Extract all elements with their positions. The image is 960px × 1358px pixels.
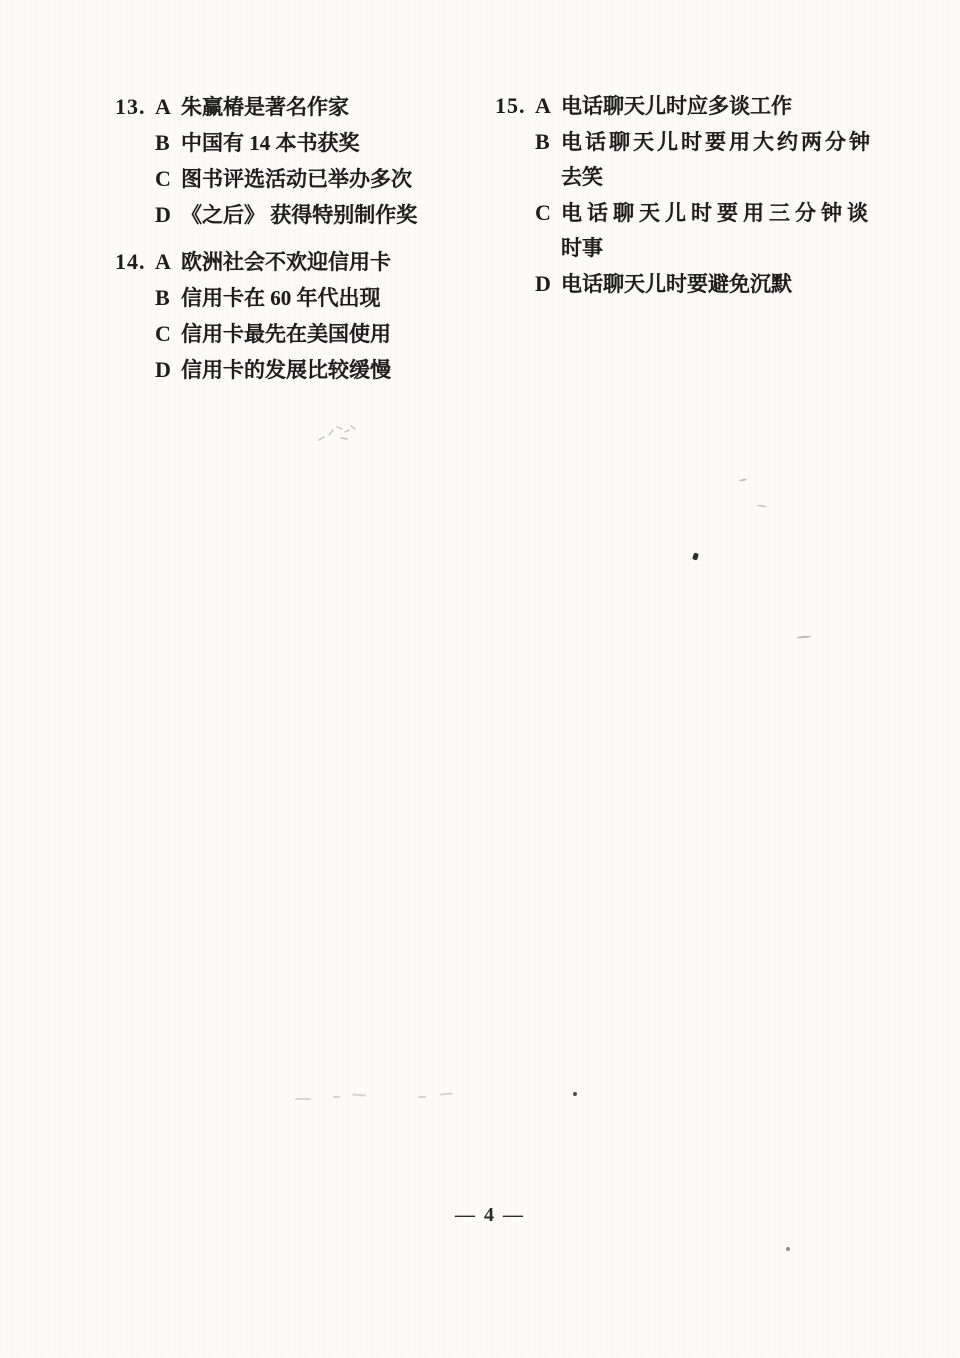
option-text: 信用卡在 60 年代出现 (181, 281, 381, 316)
option-text: 电话聊天儿时要避免沉默 (561, 267, 792, 302)
option-line: D 信用卡的发展比较缓慢 (115, 352, 391, 388)
option-line: C 电话聊天儿时要用三分钟谈 (495, 195, 873, 231)
question-14: 14. A 欧洲社会不欢迎信用卡 B 信用卡在 60 年代出现 C 信用卡最先在… (115, 244, 391, 388)
scan-speck (739, 478, 747, 482)
option-letter: A (155, 89, 181, 124)
scan-speck (786, 1247, 790, 1251)
option-line: C 信用卡最先在美国使用 (115, 316, 391, 352)
option-letter: D (155, 352, 181, 387)
option-letter: A (155, 244, 181, 279)
option-line: 14. A 欧洲社会不欢迎信用卡 (115, 244, 391, 280)
option-text-continuation: 时事 (561, 231, 603, 266)
option-line: B 电话聊天儿时要用大约两分钟 (495, 124, 873, 160)
option-text: 朱赢椿是著名作家 (181, 90, 349, 125)
option-letter: B (155, 280, 181, 315)
option-line: C 图书评选活动已举办多次 (115, 161, 417, 197)
option-letter: C (155, 161, 181, 196)
question-15: 15. A 电话聊天儿时应多谈工作 B 电话聊天儿时要用大约两分钟 去笑 C 电… (495, 88, 873, 302)
option-text: 电话聊天儿时要用三分钟谈 (561, 196, 873, 231)
option-text: 欧洲社会不欢迎信用卡 (181, 245, 391, 280)
option-letter: D (155, 197, 181, 232)
option-line: D 《之后》 获得特别制作奖 (115, 197, 417, 233)
option-letter: C (155, 316, 181, 351)
option-line: B 中国有 14 本书获奖 (115, 125, 417, 161)
option-continuation-line: 时事 (495, 231, 873, 266)
question-13: 13. A 朱赢椿是著名作家 B 中国有 14 本书获奖 C 图书评选活动已举办… (115, 89, 417, 233)
scan-speck (692, 552, 699, 560)
scan-speck (757, 504, 767, 507)
option-continuation-line: 去笑 (495, 160, 873, 195)
option-letter: C (535, 195, 561, 230)
option-text: 《之后》 获得特别制作奖 (181, 198, 417, 233)
option-line: D 电话聊天儿时要避免沉默 (495, 266, 873, 302)
scan-mark (295, 1098, 311, 1100)
scan-mark (440, 1092, 453, 1095)
page-number: — 4 — (430, 1204, 550, 1227)
option-text: 电话聊天儿时应多谈工作 (561, 89, 792, 124)
scan-speck (797, 636, 811, 639)
option-letter: A (535, 88, 561, 123)
option-letter: B (155, 125, 181, 160)
option-line: 15. A 电话聊天儿时应多谈工作 (495, 88, 873, 124)
option-text: 信用卡最先在美国使用 (181, 317, 391, 352)
scan-mark (418, 1096, 426, 1098)
option-text: 图书评选活动已举办多次 (181, 162, 412, 197)
option-letter: D (535, 266, 561, 301)
scan-mark (352, 1094, 366, 1097)
option-line: 13. A 朱赢椿是著名作家 (115, 89, 417, 125)
scan-scribble (315, 420, 361, 446)
question-number: 14. (115, 244, 155, 279)
option-text: 信用卡的发展比较缓慢 (181, 353, 391, 388)
option-text-continuation: 去笑 (561, 160, 603, 195)
scan-mark (333, 1096, 340, 1098)
scanned-exam-page: 13. A 朱赢椿是著名作家 B 中国有 14 本书获奖 C 图书评选活动已举办… (0, 0, 960, 1358)
scan-speck (573, 1092, 577, 1096)
option-letter: B (535, 124, 561, 159)
question-number: 15. (495, 88, 535, 123)
option-line: B 信用卡在 60 年代出现 (115, 280, 391, 316)
option-text: 电话聊天儿时要用大约两分钟 (561, 125, 873, 160)
question-number: 13. (115, 89, 155, 124)
option-text: 中国有 14 本书获奖 (181, 126, 360, 161)
